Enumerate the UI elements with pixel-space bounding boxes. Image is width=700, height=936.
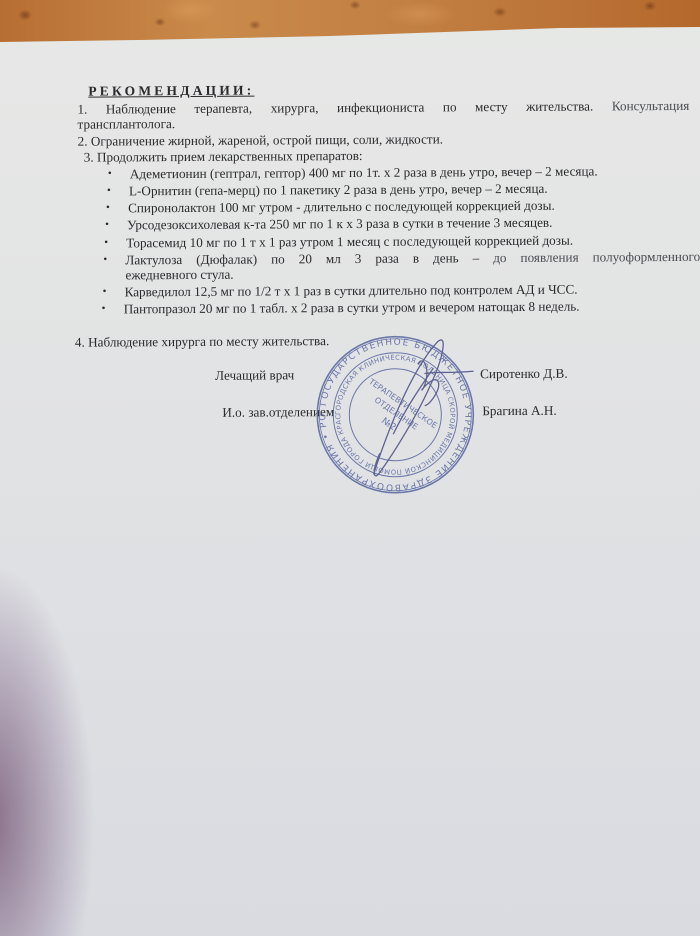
item-1: 1. Наблюдение терапевта, хирурга, инфекц… bbox=[77, 98, 689, 117]
medication-item-continuation: ежедневного стула. bbox=[125, 267, 233, 283]
item-3: 3. Продолжить прием лекарственных препар… bbox=[84, 148, 363, 165]
acting-head-name: Брагина А.Н. bbox=[482, 403, 556, 418]
item-2: 2. Ограничение жирной, жареной, острой п… bbox=[78, 131, 443, 148]
official-stamp-icon: ГОСУДАРСТВЕННОЕ БЮДЖЕТНОЕ УЧРЕЖДЕНИЕ ЗДР… bbox=[313, 333, 478, 496]
medication-item: Урсодезоксихолевая к-та 250 мг по 1 к х … bbox=[127, 215, 552, 233]
bullet-icon: • bbox=[103, 253, 107, 265]
medication-item: Карведилол 12,5 мг по 1/2 т х 1 раз в су… bbox=[125, 282, 578, 300]
recommendations-heading: РЕКОМЕНДАЦИИ: bbox=[88, 83, 254, 99]
bullet-icon: • bbox=[104, 236, 108, 248]
bullet-icon: • bbox=[103, 285, 107, 297]
item-1-continuation: трансплантолога. bbox=[77, 116, 175, 132]
item-4: 4. Наблюдение хирурга по месту жительств… bbox=[75, 333, 329, 350]
medication-item: Адеметионин (гептрал, гептор) 400 мг по … bbox=[130, 163, 598, 181]
bullet-icon: • bbox=[107, 184, 111, 196]
attending-physician-label: Лечащий врач bbox=[215, 367, 294, 382]
medication-item: Торасемид 10 мг по 1 т х 1 раз утром 1 м… bbox=[126, 233, 573, 251]
bullet-icon: • bbox=[102, 302, 106, 314]
medication-item: Спиронолактон 100 мг утром - длительно с… bbox=[128, 198, 555, 216]
medication-item: Пантопразол 20 мг по 1 табл. х 2 раза в … bbox=[124, 299, 580, 317]
medication-item: L-Орнитин (гепа-мерц) по 1 пакетику 2 ра… bbox=[129, 181, 548, 199]
medical-document: РЕКОМЕНДАЦИИ: 1. Наблюдение терапевта, х… bbox=[0, 0, 700, 936]
bullet-icon: • bbox=[105, 218, 109, 230]
bullet-icon: • bbox=[106, 201, 110, 213]
medication-item: Лактулоза (Дюфалак) по 20 мл 3 раза в де… bbox=[125, 249, 700, 268]
bullet-icon: • bbox=[108, 167, 112, 179]
attending-physician-name: Сиротенко Д.В. bbox=[480, 366, 568, 382]
